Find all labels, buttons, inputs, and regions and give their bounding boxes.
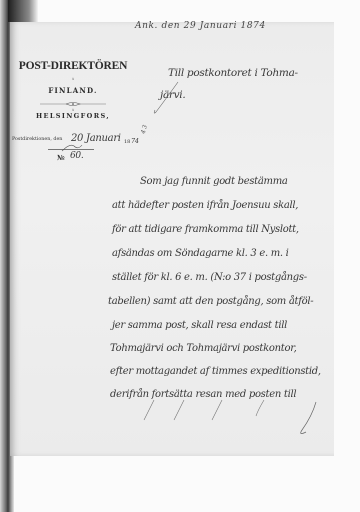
- letter-number: 60.: [70, 151, 83, 161]
- body-line: jer samma post, skall resa endast till: [112, 320, 287, 331]
- body-line: efter mottagandet af timmes expeditionst…: [110, 366, 321, 377]
- dateline-prefix: Postdirektionen, den: [12, 137, 62, 142]
- body-line: för att tidigare framkomma till Nyslott,: [112, 224, 299, 235]
- body-line: att hädefter posten ifrån Joensuu skall,: [112, 200, 298, 211]
- body-line: Som jag funnit godt bestämma: [140, 176, 288, 187]
- binding-shadow: [8, 0, 38, 22]
- body-line: stället för kl. 6 e. m. (N:o 37 i postgå…: [112, 272, 307, 283]
- number-prefix: №: [57, 153, 65, 162]
- received-date-note: Ank. den 29 Januari 1874: [135, 21, 266, 31]
- ornament-divider-icon: [40, 102, 106, 106]
- body-line: tabellen) samt att den postgång, som åtf…: [108, 296, 313, 307]
- body-line: Tohmajärvi och Tohmajärvi postkontor,: [110, 343, 296, 354]
- dateline-year-handwritten: 74: [131, 137, 139, 145]
- dateline-year-printed: 18: [124, 139, 130, 145]
- addressee-line-1: Till postkontoret i Tohma-: [168, 67, 298, 79]
- addressee-flourish-icon: [150, 80, 180, 116]
- letterhead-city: HELSINGFORS,: [12, 112, 134, 120]
- letterhead-country: FINLAND.: [12, 86, 134, 95]
- descender-flourishes-icon: [140, 398, 330, 440]
- letterhead-title: POST-DIREKTÖREN: [12, 60, 134, 72]
- body-line: afsändas om Söndagarne kl. 3 e. m. i: [112, 248, 289, 259]
- letterhead-small-i: i: [12, 76, 134, 81]
